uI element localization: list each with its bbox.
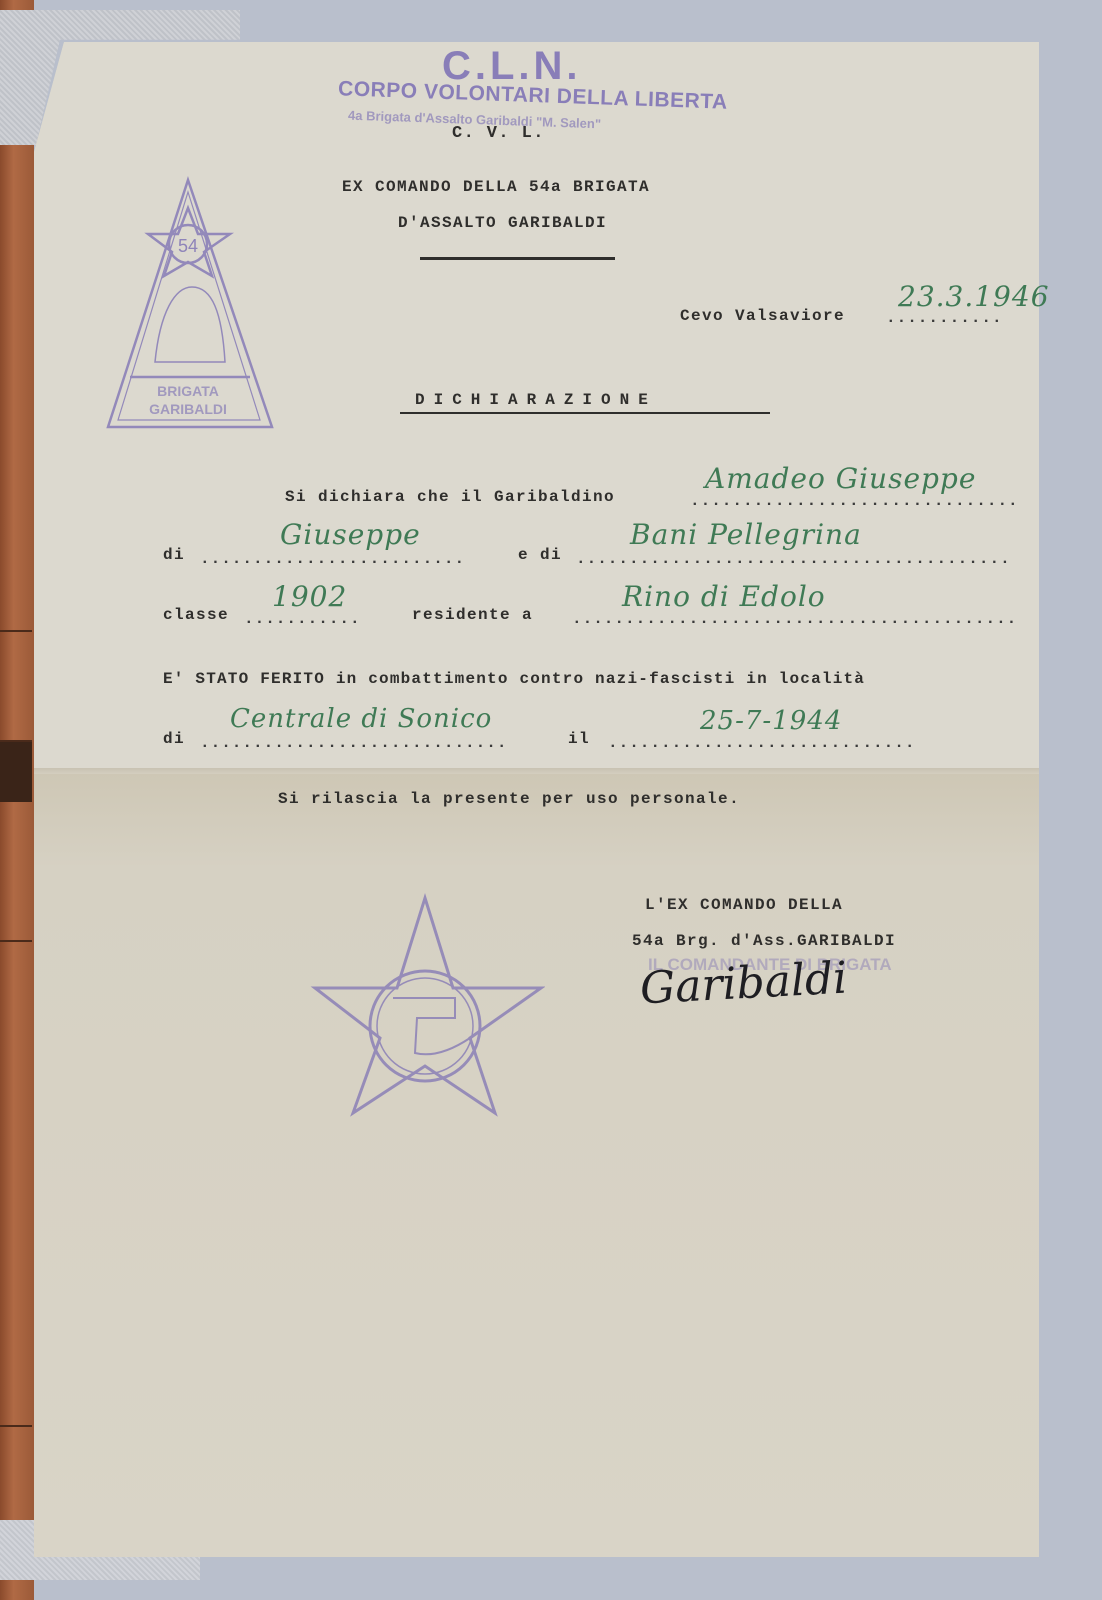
birth-year-handwritten: 1902 bbox=[272, 580, 347, 613]
garibaldi-star-stamp-icon bbox=[305, 888, 545, 1118]
title-underline bbox=[400, 412, 770, 414]
letterhead-underline bbox=[420, 257, 615, 260]
place-label: Cevo Valsaviore bbox=[680, 307, 845, 325]
body-line5-dots2: ............................. bbox=[608, 734, 915, 752]
binding-segment bbox=[0, 740, 32, 802]
body-line3-classe: classe bbox=[163, 606, 229, 624]
body-line2-dots1: ......................... bbox=[200, 550, 465, 568]
commander-signature: Garibaldi bbox=[639, 953, 849, 1015]
wound-location-handwritten: Centrale di Sonico bbox=[230, 704, 492, 734]
binding-segment bbox=[0, 1425, 32, 1427]
wound-date-handwritten: 25-7-1944 bbox=[700, 706, 842, 736]
letterhead-cvl: C. V. L. bbox=[452, 124, 545, 143]
body-line2-dots2: ........................................… bbox=[576, 550, 1011, 568]
letterhead-line2: D'ASSALTO GARIBALDI bbox=[398, 214, 607, 232]
binding-segment bbox=[0, 940, 32, 942]
father-name-handwritten: Giuseppe bbox=[280, 518, 421, 551]
body-line2-e-di: e di bbox=[518, 546, 562, 564]
signature-block-line1: L'EX COMANDO DELLA bbox=[645, 896, 843, 914]
residence-handwritten: Rino di Edolo bbox=[622, 580, 826, 613]
body-line5-di: di bbox=[163, 730, 185, 748]
triangle-stamp-line1: BRIGATA bbox=[157, 383, 219, 399]
body-line3-residente: residente a bbox=[412, 606, 533, 624]
soldier-name-handwritten: Amadeo Giuseppe bbox=[705, 462, 976, 495]
binding-segment bbox=[0, 630, 32, 632]
body-line4: E' STATO FERITO in combattimento contro … bbox=[163, 670, 865, 688]
brigade-triangle-stamp-icon: 54 BRIGATA GARIBALDI bbox=[100, 172, 280, 437]
document-title: DICHIARAZIONE bbox=[415, 391, 657, 409]
body-line5-dots1: ............................. bbox=[200, 734, 507, 752]
date-handwritten: 23.3.1946 bbox=[898, 280, 1050, 313]
letterhead-line1: EX COMANDO DELLA 54a BRIGATA bbox=[342, 178, 650, 196]
body-line1-prefix: Si dichiara che il Garibaldino bbox=[285, 488, 615, 506]
body-line2-di: di bbox=[163, 546, 185, 564]
body-line5-il: il bbox=[568, 730, 590, 748]
binding-edge bbox=[0, 0, 34, 1600]
closing-sentence: Si rilascia la presente per uso personal… bbox=[278, 790, 740, 808]
signature-block-line2: 54a Brg. d'Ass.GARIBALDI bbox=[632, 932, 896, 950]
triangle-stamp-number: 54 bbox=[178, 236, 198, 256]
triangle-stamp-line2: GARIBALDI bbox=[149, 401, 227, 417]
mother-name-handwritten: Bani Pellegrina bbox=[630, 518, 862, 551]
